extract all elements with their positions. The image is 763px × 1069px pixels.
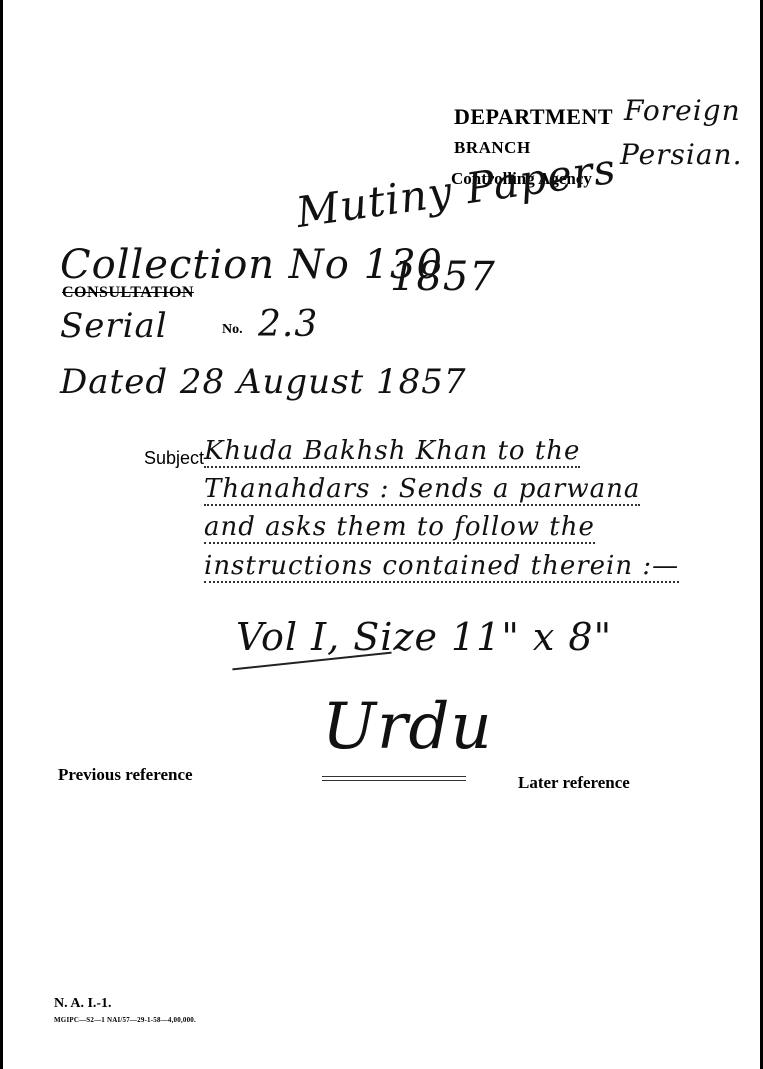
serial-no-label: No. [222, 322, 243, 338]
language-underline [322, 776, 466, 781]
dated-line: Dated 28 August 1857 [60, 362, 467, 402]
subject-line: instructions contained therein :— [204, 551, 679, 583]
consultation-label-struck: CONSULTATION [62, 284, 194, 302]
department-label: DEPARTMENT [454, 104, 613, 130]
branch-label: BRANCH [454, 138, 531, 158]
subject-label: Subject [144, 448, 204, 469]
subject-line: and asks them to follow the [204, 512, 595, 544]
scan-border-left [0, 0, 3, 1069]
subject-line: Khuda Bakhsh Khan to the [204, 436, 580, 468]
department-value: Foreign [624, 94, 741, 127]
subject-line: Thanahdars : Sends a parwana [204, 474, 640, 506]
printer-line: MGIPC—S2—1 NAI/57—29-1-58—4,00,000. [54, 1016, 196, 1024]
volume-size: Vol I, Size 11" x 8" [236, 615, 612, 659]
collection-year: 1857 [390, 254, 496, 300]
branch-value: Persian. [620, 138, 743, 171]
language: Urdu [322, 690, 493, 764]
later-reference-label: Later reference [518, 773, 630, 793]
serial-label-handwritten: Serial [60, 306, 168, 346]
serial-number: 2.3 [258, 304, 318, 345]
previous-reference-label: Previous reference [58, 765, 193, 785]
collection-number: Collection No 130 [60, 242, 443, 288]
form-code: N. A. I.-1. [54, 996, 112, 1012]
